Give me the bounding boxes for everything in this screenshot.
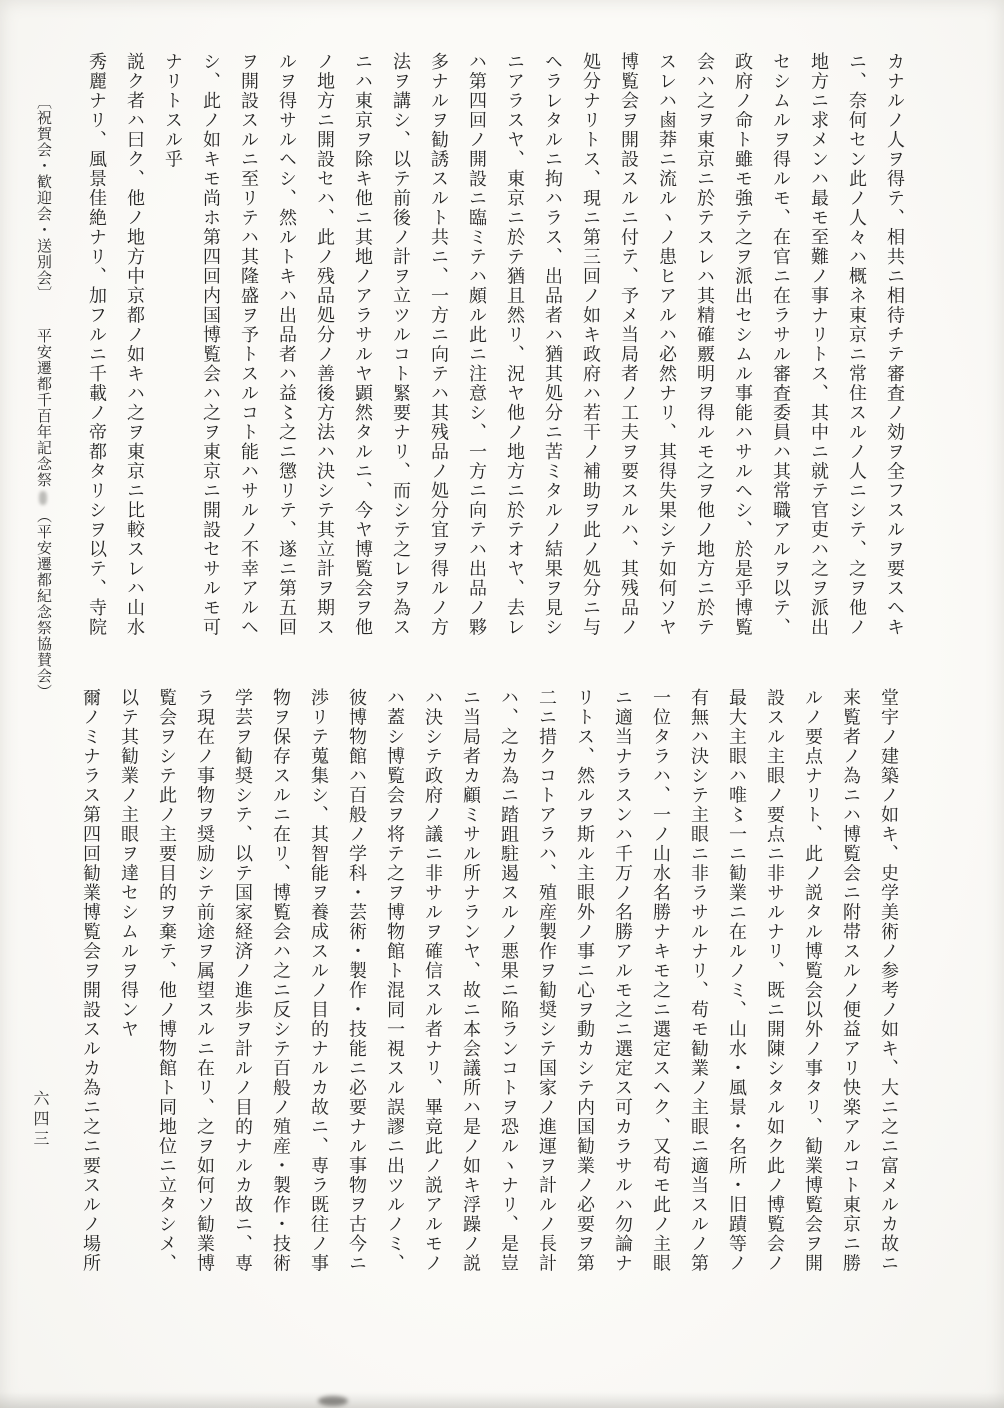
text-column: ヲ開設スルニ至リテハ其隆盛ヲ予トスルコト能ハサルノ不幸アルヘ [230,52,268,712]
upper-text-block: カナルノ人ヲ得テ、相共ニ相待チテ審査ノ効ヲ全フスルヲ要スヘキ ニ、奈何セン此ノ人… [78,52,914,712]
text-column: 多ナルヲ勧誘スルト共ニ、一方ニ向テハ其残品ノ処分宜ヲ得ルノ方 [420,52,458,712]
text-column: ニアラスヤ、東京ニ於テ猶且然リ、況ヤ他ノ地方ニ於テオヤ、去レ [496,52,534,712]
text-column: シ、此ノ如キモ尚ホ第四回内国博覧会ハ之ヲ東京ニ開設セサルモ可 [192,52,230,712]
text-column: 法ヲ講シ、以テ前後ノ計ヲ立ツルコト緊要ナリ、而シテ之レヲ為ス [382,52,420,712]
text-column: 彼博物館ハ百般ノ学科・芸術・製作・技能ニ必要ナル事物ヲ古今ニ [338,688,376,1360]
document-title: 平安遷都千百年記念祭 [35,328,51,488]
margin-header: 〔祝賀会・歓迎会・送別会〕平安遷都千百年記念祭（平安遷都紀念祭協賛会） [28,94,58,734]
text-column: 一位タラハ、一ノ山水名勝ナキモ之ニ選定スヘク、又苟モ此ノ主眼 [642,688,680,1360]
text-column: ハ第四回ノ開設ニ臨ミテハ頗ル此ニ注意シ、一方ニ向テハ出品ノ夥 [458,52,496,712]
section-label: 〔祝賀会・歓迎会・送別会〕 [35,94,51,302]
text-column: カナルノ人ヲ得テ、相共ニ相待チテ審査ノ効ヲ全フスルヲ要スヘキ [876,52,914,712]
text-column: 設スル主眼ノ要点ニ非サルナリ、既ニ開陳シタル如ク此ノ博覧会ノ [756,688,794,1360]
text-column: ニ適当ナラスンハ千万ノ名勝アルモ之ニ選定ス可カラサルハ勿論ナ [604,688,642,1360]
text-column: ルノ要点ナリト、此ノ説タル博覧会以外ノ事タリ、勧業博覧会ヲ開 [794,688,832,1360]
page-number: 六四三 [28,1090,51,1150]
text-column: ニ、奈何セン此ノ人々ハ概ネ東京ニ常住スルノ人ニシテ、之ヲ他ノ [838,52,876,712]
text-column: リトス、然ルヲ斯ル主眼外ノ事ニ心ヲ動カシテ内国勧業ノ必要ヲ第 [566,688,604,1360]
text-column: 堂宇ノ建築ノ如キ、史学美術ノ参考ノ如キ、大ニ之ニ富メルカ故ニ [870,688,908,1360]
text-column: 物ヲ保存スルニ在リ、博覧会ハ之ニ反シテ百般ノ殖産・製作・技術 [262,688,300,1360]
text-column: ノ地方ニ開設セハ、此ノ残品処分ノ善後方法ハ決シテ其立計ヲ期ス [306,52,344,712]
text-column: 博覧会ヲ開設スルニ付テ、予メ当局者ノ工夫ヲ要スルハ、其残品ノ [610,52,648,712]
text-column: ニ当局者カ顧ミサル所ナランヤ、故ニ本会議所ハ是ノ如キ浮躁ノ説 [452,688,490,1360]
scanned-book-page: カナルノ人ヲ得テ、相共ニ相待チテ審査ノ効ヲ全フスルヲ要スヘキ ニ、奈何セン此ノ人… [0,0,1004,1408]
ink-smudge [318,1396,348,1406]
text-column: ハ決シテ政府ノ議ニ非サルヲ確信スル者ナリ、畢竟此ノ説アルモノ [414,688,452,1360]
text-column: 地方ニ求メンハ最モ至難ノ事ナリトス、其中ニ就テ官吏ハ之ヲ派出 [800,52,838,712]
text-column: セシムルヲ得ルモ、在官ニ在ラサル審査委員ハ其常職アルヲ以テ、 [762,52,800,712]
text-column: 来覧者ノ為ニハ博覧会ニ附帯スルノ便益アリ快楽アルコト東京ニ勝 [832,688,870,1360]
text-column: ナリトスル乎 [154,52,192,712]
lower-text-block: 堂宇ノ建築ノ如キ、史学美術ノ参考ノ如キ、大ニ之ニ富メルカ故ニ 来覧者ノ為ニハ博覧… [72,688,908,1360]
text-column: 最大主眼ハ唯〻一ニ勧業ニ在ルノミ、山水・風景・名所・旧蹟等ノ [718,688,756,1360]
text-column: ヘラレタルニ拘ハラス、出品者ハ猶其処分ニ苦ミタルノ結果ヲ見シ [534,52,572,712]
text-column: ニハ東京ヲ除キ他ニ其地ノアラサルヤ顕然タルニ、今ヤ博覧会ヲ他 [344,52,382,712]
text-column: ハ、之カ為ニ踏跙駐遏スルノ悪果ニ陥ランコトヲ恐ルヽナリ、是豈 [490,688,528,1360]
text-column: 以テ其勧業ノ主眼ヲ達セシムルヲ得ンヤ [110,688,148,1360]
text-column: ラ現在ノ事物ヲ奨励シテ前途ヲ属望スルニ在リ、之ヲ如何ソ勧業博 [186,688,224,1360]
text-column: 処分ナリトス、現ニ第三回ノ如キ政府ハ若干ノ補助ヲ此ノ処分ニ与 [572,52,610,712]
text-column: 政府ノ命ト雖モ強テ之ヲ派出セシムル事能ハサルヘシ、於是乎博覧 [724,52,762,712]
text-column: ルヲ得サルヘシ、然ルトキハ出品者ハ益〻之ニ懲リテ、遂ニ第五回 [268,52,306,712]
text-column: 学芸ヲ勧奨シテ、以テ国家経済ノ進歩ヲ計ルノ目的ナルカ故ニ、専 [224,688,262,1360]
text-column: 有無ハ決シテ主眼ニ非ラサルナリ、苟モ勧業ノ主眼ニ適当スルノ第 [680,688,718,1360]
text-column: 爾ノミナラス第四回勧業博覧会ヲ開設スルカ為ニ之ニ要スルノ場所 [72,688,110,1360]
text-column: スレハ鹵莽ニ流ルヽノ患ヒアルハ必然ナリ、其得失果シテ如何ソヤ [648,52,686,712]
text-column: 覧会ヲシテ此ノ主要目的ヲ棄テ、他ノ博物館ト同地位ニ立タシメ、 [148,688,186,1360]
text-column: 説ク者ハ曰ク、他ノ地方中京都ノ如キハ之ヲ東京ニ比較スレハ山水 [116,52,154,712]
document-title-paren: （平安遷都紀念祭協賛会） [35,508,51,700]
print-smudge [39,491,47,505]
text-column: 渉リテ蒐集シ、其智能ヲ養成スルノ目的ナルカ故ニ、専ラ既往ノ事 [300,688,338,1360]
text-column: 二ニ措クコトアラハ、殖産製作ヲ勧奨シテ国家ノ進運ヲ計ルノ長計 [528,688,566,1360]
text-column: 秀麗ナリ、風景佳絶ナリ、加フルニ千載ノ帝都タリシヲ以テ、寺院 [78,52,116,712]
text-column: ハ蓋シ博覧会ヲ将テ之ヲ博物館ト混同一視スル誤謬ニ出ツルノミ、 [376,688,414,1360]
scan-edge-shadow [0,1392,1004,1408]
text-column: 会ハ之ヲ東京ニ於テスレハ其精確覈明ヲ得ルモ之ヲ他ノ地方ニ於テ [686,52,724,712]
